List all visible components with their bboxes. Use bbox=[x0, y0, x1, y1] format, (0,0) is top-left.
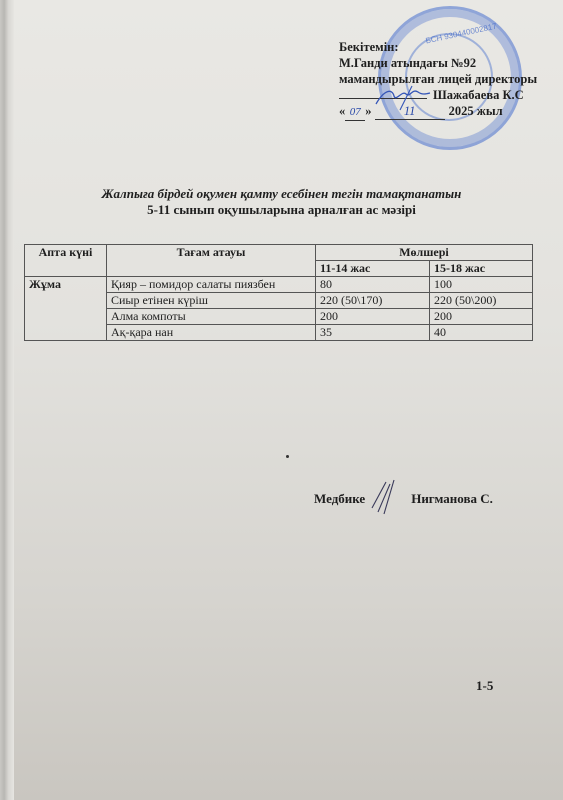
dish-cell: Қияр – помидор салаты пиязбен bbox=[107, 277, 316, 293]
approval-heading: Бекітемін: bbox=[339, 39, 537, 55]
title-line-1: Жалпыға бірдей оқумен қамту есебінен тег… bbox=[0, 186, 563, 202]
amount-15-18-cell: 220 (50\200) bbox=[430, 293, 533, 309]
dish-cell: Алма компоты bbox=[107, 309, 316, 325]
approval-line-1: М.Ганди атындағы №92 bbox=[339, 55, 537, 71]
director-signature-line: Шажабаева К.С bbox=[339, 87, 537, 103]
document-title: Жалпыға бірдей оқумен қамту есебінен тег… bbox=[0, 186, 563, 218]
date-day: 07 bbox=[345, 104, 365, 121]
director-name: Шажабаева К.С bbox=[433, 88, 524, 102]
header-day: Апта күні bbox=[25, 245, 107, 277]
ink-dot bbox=[286, 455, 289, 458]
nurse-name: Нигманова С. bbox=[411, 491, 493, 506]
header-amount: Мөлшері bbox=[316, 245, 533, 261]
amount-15-18-cell: 100 bbox=[430, 277, 533, 293]
header-age-11-14: 11-14 жас bbox=[316, 261, 430, 277]
dish-cell: Ақ-қара нан bbox=[107, 325, 316, 341]
amount-15-18-cell: 40 bbox=[430, 325, 533, 341]
approval-block: Бекітемін: М.Ганди атындағы №92 мамандыр… bbox=[339, 39, 537, 121]
amount-11-14-cell: 35 bbox=[316, 325, 430, 341]
table-row: Жұма Қияр – помидор салаты пиязбен 80 10… bbox=[25, 277, 533, 293]
paper-edge-shadow bbox=[0, 0, 14, 800]
approval-line-2: мамандырылған лицей директоры bbox=[339, 71, 537, 87]
amount-11-14-cell: 220 (50\170) bbox=[316, 293, 430, 309]
close-quote: » bbox=[365, 104, 371, 118]
header-age-15-18: 15-18 жас bbox=[430, 261, 533, 277]
nurse-signature-icon bbox=[370, 478, 400, 516]
table-header-row: Апта күні Тағам атауы Мөлшері bbox=[25, 245, 533, 261]
nurse-label: Медбике bbox=[314, 491, 365, 506]
approval-date: «07» 112025 жыл bbox=[339, 103, 537, 121]
menu-table: Апта күні Тағам атауы Мөлшері 11-14 жас … bbox=[24, 244, 533, 341]
page-number: 1-5 bbox=[476, 678, 493, 694]
amount-11-14-cell: 200 bbox=[316, 309, 430, 325]
amount-15-18-cell: 200 bbox=[430, 309, 533, 325]
date-year: 2025 жыл bbox=[449, 104, 503, 118]
amount-11-14-cell: 80 bbox=[316, 277, 430, 293]
director-signature-icon bbox=[372, 82, 432, 112]
nurse-signature-block: МедбикеНигманова С. bbox=[314, 491, 493, 507]
title-line-2: 5-11 сынып оқушыларына арналған ас мәзір… bbox=[0, 202, 563, 218]
header-dish: Тағам атауы bbox=[107, 245, 316, 277]
dish-cell: Сиыр етінен күріш bbox=[107, 293, 316, 309]
day-cell: Жұма bbox=[25, 277, 107, 341]
